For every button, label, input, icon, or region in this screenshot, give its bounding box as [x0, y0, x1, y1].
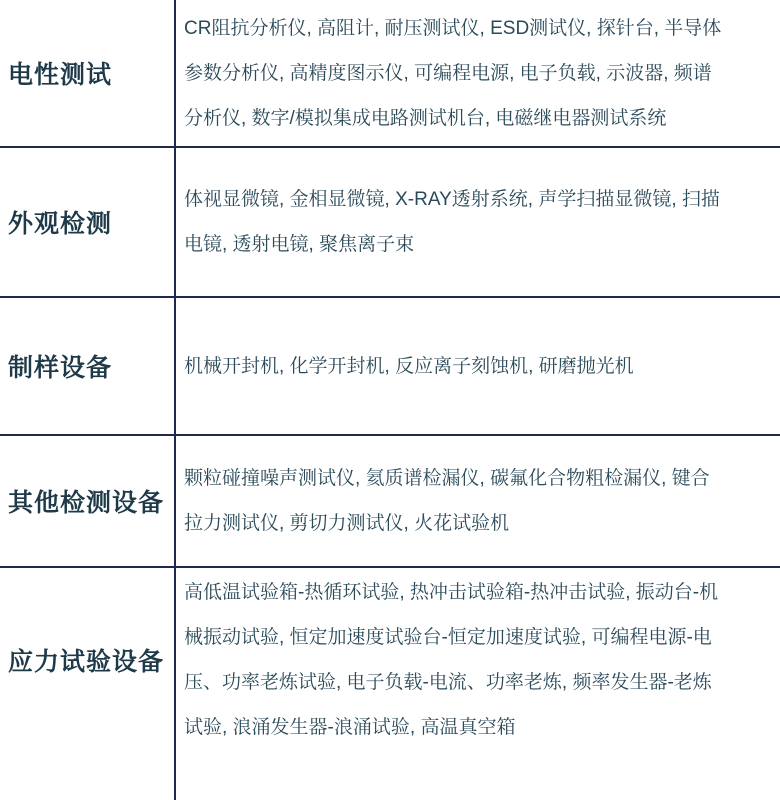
table-row: 电性测试 CR阻抗分析仪, 高阻计, 耐压测试仪, ESD测试仪, 探针台, 半… — [0, 0, 780, 146]
equipment-cell: 体视显微镜, 金相显微镜, X-RAY透射系统, 声学扫描显微镜, 扫描 电镜,… — [176, 148, 780, 296]
table-row: 外观检测 体视显微镜, 金相显微镜, X-RAY透射系统, 声学扫描显微镜, 扫… — [0, 146, 780, 296]
page: 电性测试 CR阻抗分析仪, 高阻计, 耐压测试仪, ESD测试仪, 探针台, 半… — [0, 0, 780, 800]
category-cell: 外观检测 — [0, 148, 176, 296]
category-cell: 其他检测设备 — [0, 436, 176, 566]
category-cell: 电性测试 — [0, 0, 176, 146]
equipment-cell: CR阻抗分析仪, 高阻计, 耐压测试仪, ESD测试仪, 探针台, 半导体 参数… — [176, 0, 780, 146]
table-row: 应力试验设备 高低温试验箱-热循环试验, 热冲击试验箱-热冲击试验, 振动台-机… — [0, 566, 780, 800]
table-row: 其他检测设备 颗粒碰撞噪声测试仪, 氦质谱检漏仪, 碳氟化合物粗检漏仪, 键合 … — [0, 434, 780, 566]
equipment-cell: 高低温试验箱-热循环试验, 热冲击试验箱-热冲击试验, 振动台-机 械振动试验,… — [176, 568, 780, 800]
equipment-cell: 颗粒碰撞噪声测试仪, 氦质谱检漏仪, 碳氟化合物粗检漏仪, 键合 拉力测试仪, … — [176, 436, 780, 566]
table-row: 制样设备 机械开封机, 化学开封机, 反应离子刻蚀机, 研磨抛光机 — [0, 296, 780, 434]
category-cell: 制样设备 — [0, 298, 176, 434]
equipment-cell: 机械开封机, 化学开封机, 反应离子刻蚀机, 研磨抛光机 — [176, 298, 780, 434]
category-cell: 应力试验设备 — [0, 568, 176, 800]
equipment-table: 电性测试 CR阻抗分析仪, 高阻计, 耐压测试仪, ESD测试仪, 探针台, 半… — [0, 0, 780, 800]
